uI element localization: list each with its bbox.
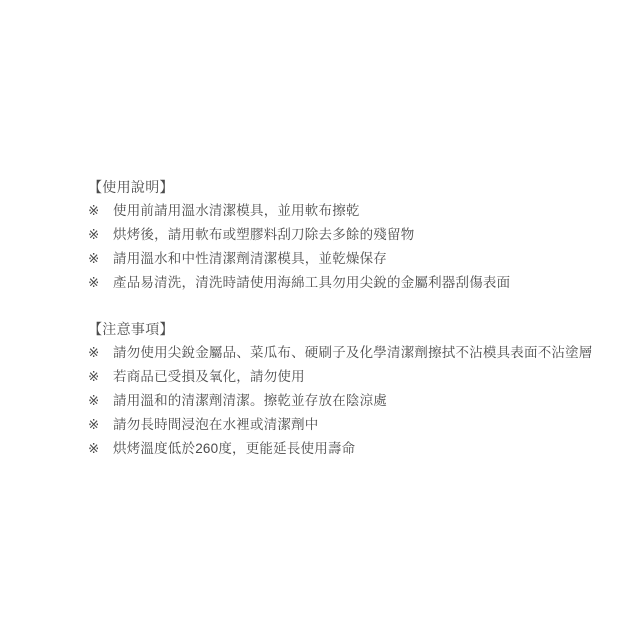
precaution-text: 請勿長時間浸泡在水裡或清潔劑中 (113, 413, 319, 437)
precautions-section: 【注意事項】 ※ 請勿使用尖銳金屬品、菜瓜布、硬刷子及化學清潔劑擦拭不沾模具表面… (88, 317, 603, 461)
precaution-item: ※ 請勿長時間浸泡在水裡或清潔劑中 (88, 413, 603, 437)
precaution-item: ※ 若商品已受損及氧化，請勿使用 (88, 365, 603, 389)
reference-mark: ※ (88, 437, 113, 461)
instruction-item: ※ 產品易清洗，清洗時請使用海綿工具勿用尖銳的金屬利器刮傷表面 (88, 271, 603, 295)
reference-mark: ※ (88, 413, 113, 437)
precaution-text: 若商品已受損及氧化，請勿使用 (113, 365, 305, 389)
precaution-text: 請勿使用尖銳金屬品、菜瓜布、硬刷子及化學清潔劑擦拭不沾模具表面不沾塗層 (113, 341, 593, 365)
reference-mark: ※ (88, 247, 113, 271)
instruction-text: 請用溫水和中性清潔劑清潔模具，並乾燥保存 (113, 247, 387, 271)
instruction-item: ※ 烘烤後，請用軟布或塑膠料刮刀除去多餘的殘留物 (88, 223, 603, 247)
reference-mark: ※ (88, 365, 113, 389)
reference-mark: ※ (88, 223, 113, 247)
precaution-item: ※ 請用溫和的清潔劑清潔。擦乾並存放在陰涼處 (88, 389, 603, 413)
instruction-item: ※ 請用溫水和中性清潔劑清潔模具，並乾燥保存 (88, 247, 603, 271)
instruction-item: ※ 使用前請用溫水清潔模具，並用軟布擦乾 (88, 199, 603, 223)
precautions-title: 【注意事項】 (88, 317, 603, 341)
reference-mark: ※ (88, 271, 113, 295)
instruction-text: 烘烤後，請用軟布或塑膠料刮刀除去多餘的殘留物 (113, 223, 414, 247)
instruction-text: 產品易清洗，清洗時請使用海綿工具勿用尖銳的金屬利器刮傷表面 (113, 271, 510, 295)
instruction-text: 使用前請用溫水清潔模具，並用軟布擦乾 (113, 199, 360, 223)
precaution-item: ※ 烘烤溫度低於260度，更能延長使用壽命 (88, 437, 603, 461)
usage-instructions-title: 【使用說明】 (88, 175, 603, 199)
precaution-text: 烘烤溫度低於260度，更能延長使用壽命 (113, 437, 355, 461)
precaution-text: 請用溫和的清潔劑清潔。擦乾並存放在陰涼處 (113, 389, 387, 413)
product-care-notes: 【使用說明】 ※ 使用前請用溫水清潔模具，並用軟布擦乾 ※ 烘烤後，請用軟布或塑… (88, 175, 603, 461)
reference-mark: ※ (88, 341, 113, 365)
precaution-item: ※ 請勿使用尖銳金屬品、菜瓜布、硬刷子及化學清潔劑擦拭不沾模具表面不沾塗層 (88, 341, 603, 365)
usage-instructions-section: 【使用說明】 ※ 使用前請用溫水清潔模具，並用軟布擦乾 ※ 烘烤後，請用軟布或塑… (88, 175, 603, 295)
reference-mark: ※ (88, 389, 113, 413)
reference-mark: ※ (88, 199, 113, 223)
